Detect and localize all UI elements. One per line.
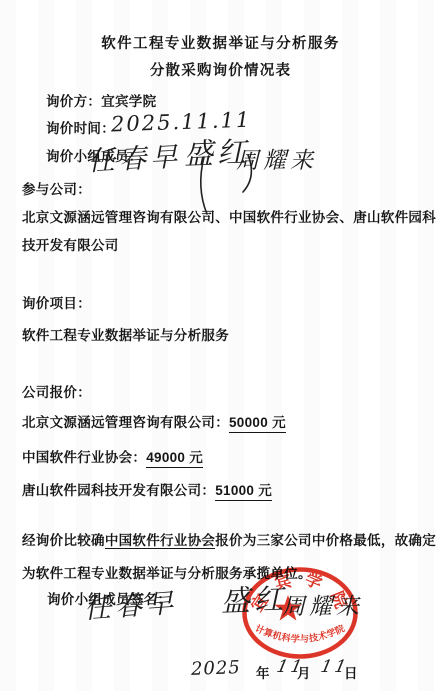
document-subtitle: 分散采购询价情况表 xyxy=(0,59,441,80)
quote-company-3: 唐山软件园科技开发有限公司： xyxy=(22,483,215,498)
quote-company-2: 中国软件行业协会： xyxy=(22,450,146,465)
bottom-signature-1: 任春早 xyxy=(83,581,178,626)
document-title: 软件工程专业数据举证与分析服务 xyxy=(0,32,441,53)
quote-line-1: 北京文源涵远管理咨询有限公司：50000 元 xyxy=(22,411,286,431)
quote-price-1: 50000 元 xyxy=(229,415,286,433)
quotes-label: 公司报价： xyxy=(22,381,91,401)
quote-line-3: 唐山软件园科技开发有限公司：51000 元 xyxy=(22,479,272,499)
conclusion-winner-underlined: 中国软件行业协会 xyxy=(105,533,215,549)
project-name: 软件工程专业数据举证与分析服务 xyxy=(22,324,229,344)
bottom-signature-2: 盛红 xyxy=(220,577,287,620)
inquiry-time-row: 询价时间： xyxy=(46,117,115,137)
inquiry-party-row: 询价方：宜宾学院 xyxy=(46,90,156,110)
scanned-inquiry-document: 软件工程专业数据举证与分析服务 分散采购询价情况表 询价方：宜宾学院 询价时间：… xyxy=(0,0,441,691)
date-year-handwritten: 2025 xyxy=(191,657,242,680)
inquiry-party-label: 询价方： xyxy=(46,94,101,109)
quote-price-3: 51000 元 xyxy=(215,483,272,501)
inquiry-time-label: 询价时间： xyxy=(46,121,115,136)
inquiry-party-value: 宜宾学院 xyxy=(101,94,156,109)
quote-line-2: 中国软件行业协会：49000 元 xyxy=(22,446,203,466)
team-signature-1: 任春早 xyxy=(87,135,182,179)
quote-company-1: 北京文源涵远管理咨询有限公司： xyxy=(22,415,229,430)
quote-price-2: 49000 元 xyxy=(146,450,203,468)
svg-text:计算机科学与技术学院: 计算机科学与技术学院 xyxy=(254,622,347,644)
project-label: 询价项目： xyxy=(22,292,91,312)
bottom-signature-3: 周耀来 xyxy=(282,588,363,621)
participants-label: 参与公司： xyxy=(22,178,91,198)
team-signature-3: 周耀来 xyxy=(236,142,317,175)
participants-companies: 北京文源涵远管理咨询有限公司、中国软件行业协会、唐山软件园科技开发有限公司 xyxy=(22,204,438,260)
conclusion-prefix: 经询价比较确 xyxy=(22,533,105,548)
seal-department-text: 计算机科学与技术学院 xyxy=(254,622,347,644)
